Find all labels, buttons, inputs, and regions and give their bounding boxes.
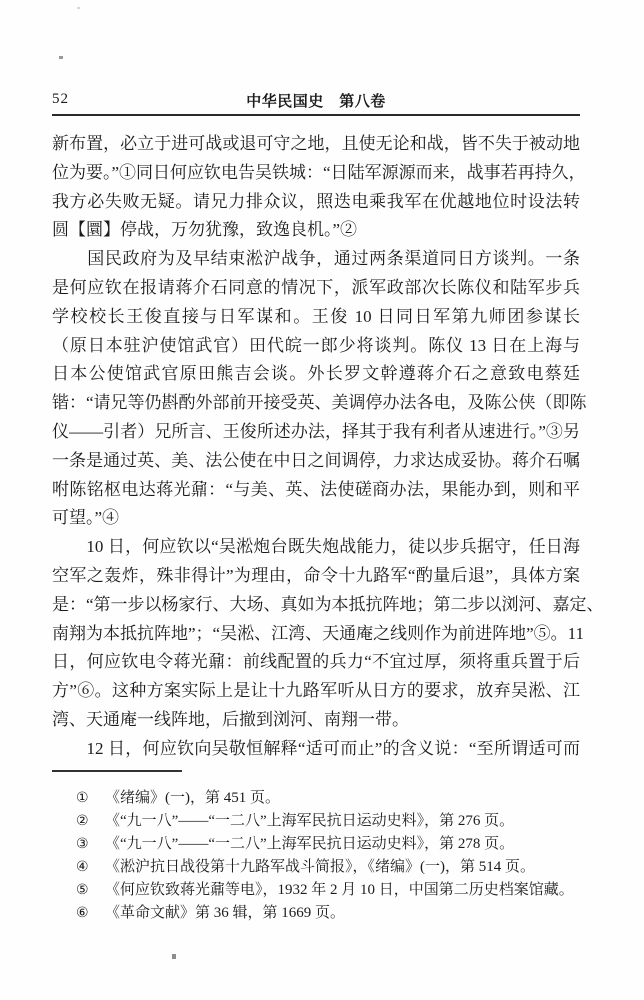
body-line: 学校校长王俊直接与日军谋和。王俊 10 日同日军第九师团参谋长 xyxy=(52,303,580,332)
body-line: 国民政府为及早结束淞沪战争，通过两条渠道同日方谈判。一条 xyxy=(52,245,580,274)
footnote-separator xyxy=(52,770,182,772)
footnote-marker: ⑥ xyxy=(76,902,89,925)
book-page: 52 中华民国史 第八卷 新布置，必立于进可战或退可守之地，且使无论和战，皆不失… xyxy=(0,0,644,1000)
footnotes: ①《绪编》(一)，第 451 页。②《“九一八”——“一二八”上海军民抗日运动史… xyxy=(52,787,612,925)
footnote-marker: ② xyxy=(76,810,89,833)
body-line: 空军之轰炸，殊非得计”为理由，命令十九路军“酌量后退”，具体方案 xyxy=(52,562,580,591)
header-rule xyxy=(52,114,580,116)
footnote-marker: ③ xyxy=(76,833,89,856)
body-line: 12 日，何应钦向吴敬恒解释“适可而止”的含义说：“至所谓适可而 xyxy=(52,735,580,764)
footnote-text: 《革命文献》第 36 辑，第 1669 页。 xyxy=(105,905,345,921)
body-text: 新布置，必立于进可战或退可守之地，且使无论和战，皆不失于被动地位为要。”①同日何… xyxy=(52,130,580,764)
footnote-marker: ④ xyxy=(76,856,89,879)
scan-artifact xyxy=(59,56,63,59)
footnote-text: 《“九一八”——“一二八”上海军民抗日运动史料》，第 276 页。 xyxy=(105,813,514,829)
body-line: 湾、天通庵一线阵地，后撤到浏河、南翔一带。 xyxy=(52,706,580,735)
footnote-text: 《何应钦致蒋光鼐等电》，1932 年 2 月 10 日，中国第二历史档案馆藏。 xyxy=(105,882,574,898)
body-line: 我方必失败无疑。请兄力排众议，照迭电乘我军在优越地位时设法转 xyxy=(52,188,580,217)
body-line: 是：“第一步以杨家行、大场、真如为本抵抗阵地；第二步以浏河、嘉定、 xyxy=(52,591,580,620)
body-line: 10 日，何应钦以“吴淞炮台既失炮战能力，徒以步兵据守，任日海 xyxy=(52,533,580,562)
page-header: 52 中华民国史 第八卷 xyxy=(52,90,580,112)
footnote-item: ③《“九一八”——“一二八”上海军民抗日运动史料》，第 278 页。 xyxy=(52,833,612,856)
footnote-marker: ⑤ xyxy=(76,879,89,902)
body-line: 圆【圜】停战，万勿犹豫，致逸良机。”② xyxy=(52,216,580,245)
footnote-text: 《淞沪抗日战役第十九路军战斗简报》，《绪编》(一)，第 514 页。 xyxy=(105,859,535,875)
body-line: 日本公使馆武官原田熊吉会谈。外长罗文幹遵蒋介石之意致电蔡廷 xyxy=(52,360,580,389)
body-line: 咐陈铭枢电达蒋光鼐：“与美、英、法使磋商办法，果能办到，则和平 xyxy=(52,476,580,505)
body-line: 日，何应钦电令蒋光鼐：前线配置的兵力“不宜过厚，须将重兵置于后 xyxy=(52,648,580,677)
footnote-item: ②《“九一八”——“一二八”上海军民抗日运动史料》，第 276 页。 xyxy=(52,810,612,833)
footnote-item: ⑤《何应钦致蒋光鼐等电》，1932 年 2 月 10 日，中国第二历史档案馆藏。 xyxy=(52,879,612,902)
footnote-item: ①《绪编》(一)，第 451 页。 xyxy=(52,787,612,810)
footnote-item: ④《淞沪抗日战役第十九路军战斗简报》，《绪编》(一)，第 514 页。 xyxy=(52,856,612,879)
body-line: 位为要。”①同日何应钦电告吴铁城：“日陆军源源而来，战事若再持久， xyxy=(52,159,580,188)
body-line: 是何应钦在报请蒋介石同意的情况下，派军政部次长陈仪和陆军步兵 xyxy=(52,274,580,303)
body-line: （原日本驻沪使馆武官）田代皖一郎少将谈判。陈仪 13 日在上海与 xyxy=(52,332,580,361)
footnote-marker: ① xyxy=(76,787,89,810)
scan-artifact xyxy=(172,954,176,959)
body-line: 锴：“请兄等仍斟酌外部前开接受英、美调停办法各电，及陈公侠（即陈 xyxy=(52,389,580,418)
footnote-text: 《绪编》(一)，第 451 页。 xyxy=(105,790,280,806)
body-line: 仪——引者）兄所言、王俊所述办法，择其于我有利者从速进行。”③另 xyxy=(52,418,580,447)
scan-artifact xyxy=(77,7,80,9)
body-line: 新布置，必立于进可战或退可守之地，且使无论和战，皆不失于被动地 xyxy=(52,130,580,159)
running-title: 中华民国史 第八卷 xyxy=(52,90,580,111)
body-line: 方”⑥。这种方案实际上是让十九路军听从日方的要求，放弃吴淞、江 xyxy=(52,677,580,706)
body-line: 可望。”④ xyxy=(52,504,580,533)
body-line: 南翔为本抵抗阵地”；“吴淞、江湾、天通庵之线则作为前进阵地”⑤。11 xyxy=(52,620,580,649)
footnote-item: ⑥《革命文献》第 36 辑，第 1669 页。 xyxy=(52,902,612,925)
body-line: 一条是通过英、美、法公使在中日之间调停，力求达成妥协。蒋介石嘱 xyxy=(52,447,580,476)
footnote-text: 《“九一八”——“一二八”上海军民抗日运动史料》，第 278 页。 xyxy=(105,836,514,852)
